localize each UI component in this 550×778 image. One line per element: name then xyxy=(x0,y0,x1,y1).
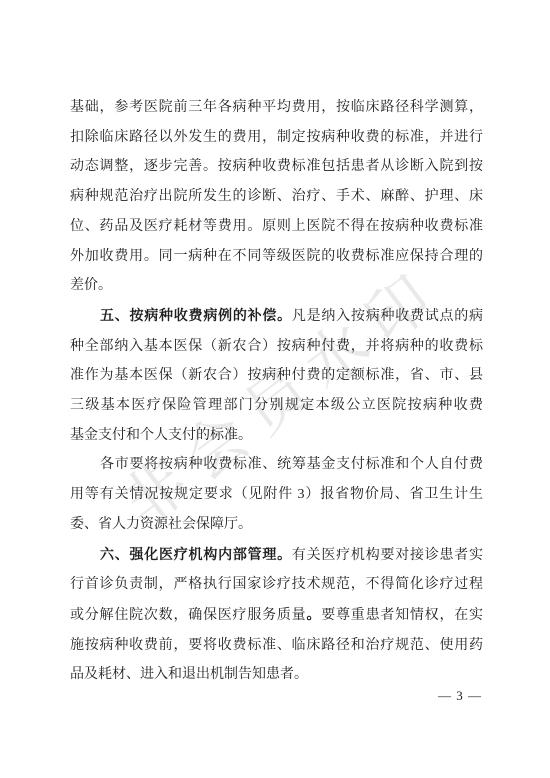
document-line: 品及耗材、进入和退出机制告知患者。 xyxy=(70,660,483,690)
text-segment: 基金支付和个人支付的标准。 xyxy=(70,428,252,443)
text-segment: 各市要将按病种收费标准、统筹基金支付标准和个人自付费 xyxy=(100,457,483,472)
document-line: 三级基本医疗保险管理部门分别规定本级公立医院按病种收费 xyxy=(70,391,483,421)
text-segment: 行首诊负责制，严格执行国家诊疗技术规范，不得简化诊疗过程 xyxy=(70,577,483,592)
text-segment: 用等有关情况按规定要求（见附件 3）报省物价局、省卫生计生 xyxy=(70,487,483,502)
document-line: 动态调整，逐步完善。按病种收费标准包括患者从诊断入院到按 xyxy=(70,152,483,182)
document-line: 位、药品及医疗耗材等费用。原则上医院不得在按病种收费标准 xyxy=(70,212,483,242)
text-segment: 种全部纳入基本医保（新农合）按病种付费，并将病种的收费标 xyxy=(70,339,483,354)
section-heading: 五、按病种收费病例的补偿。 xyxy=(100,307,292,323)
text-segment: 基础，参考医院前三年各病种平均费用，按临床路径科学测算， xyxy=(70,100,483,115)
document-line: 用等有关情况按规定要求（见附件 3）报省物价局、省卫生计生 xyxy=(70,480,483,510)
text-segment: 扣除临床路径以外发生的费用，制定按病种收费的标准，并进行 xyxy=(70,130,483,145)
document-line: 种全部纳入基本医保（新农合）按病种付费，并将病种的收费标 xyxy=(70,332,483,362)
document-line: 五、按病种收费病例的补偿。凡是纳入按病种收费试点的病 xyxy=(70,301,483,332)
text-segment: 要尊重患者知情权，在实 xyxy=(321,608,483,623)
document-line: 行首诊负责制，严格执行国家诊疗技术规范，不得简化诊疗过程 xyxy=(70,570,483,600)
text-segment: 品及耗材、进入和退出机制告知患者。 xyxy=(70,667,308,682)
document-line: 准作为基本医保（新农合）按病种付费的定额标准，省、市、县 xyxy=(70,361,483,391)
text-segment: 凡是纳入按病种收费试点的病 xyxy=(292,309,483,324)
section-heading: 六、强化医疗机构内部管理。 xyxy=(100,546,292,562)
document-body: 基础，参考医院前三年各病种平均费用，按临床路径科学测算，扣除临床路径以外发生的费… xyxy=(70,93,483,690)
text-segment: 动态调整，逐步完善。按病种收费标准包括患者从诊断入院到按 xyxy=(70,159,483,174)
text-segment: 位、药品及医疗耗材等费用。原则上医院不得在按病种收费标准 xyxy=(70,219,483,234)
document-line: 外加收费用。同一病种在不同等级医院的收费标准应保持合理的 xyxy=(70,242,483,272)
page-number: — 3 — xyxy=(438,688,482,704)
text-segment: 三级基本医疗保险管理部门分别规定本级公立医院按病种收费 xyxy=(70,398,483,413)
document-line: 各市要将按病种收费标准、统筹基金支付标准和个人自付费 xyxy=(70,450,483,480)
text-segment: 准作为基本医保（新农合）按病种付费的定额标准，省、市、县 xyxy=(70,368,483,383)
text-segment: 或分解住院次数，确保医疗服务质量 xyxy=(70,608,306,623)
document-line: 六、强化医疗机构内部管理。有关医疗机构要对接诊患者实 xyxy=(70,540,483,571)
document-line: 或分解住院次数，确保医疗服务质量。要尊重患者知情权，在实 xyxy=(70,600,483,631)
text-segment: 差价。 xyxy=(70,278,112,293)
text-segment: 施按病种收费前，要将收费标准、临床路径和治疗规范、使用药 xyxy=(70,638,483,653)
document-page: 非会员水印 基础，参考医院前三年各病种平均费用，按临床路径科学测算，扣除临床路径… xyxy=(0,0,550,778)
text-segment: 有关医疗机构要对接诊患者实 xyxy=(292,548,483,563)
section-heading: 。 xyxy=(306,606,321,622)
document-line: 基金支付和个人支付的标准。 xyxy=(70,421,483,451)
document-line: 委、省人力资源社会保障厅。 xyxy=(70,510,483,540)
text-segment: 外加收费用。同一病种在不同等级医院的收费标准应保持合理的 xyxy=(70,249,483,264)
document-line: 扣除临床路径以外发生的费用，制定按病种收费的标准，并进行 xyxy=(70,123,483,153)
document-line: 病种规范治疗出院所发生的诊断、治疗、手术、麻醉、护理、床 xyxy=(70,182,483,212)
document-line: 基础，参考医院前三年各病种平均费用，按临床路径科学测算， xyxy=(70,93,483,123)
document-line: 施按病种收费前，要将收费标准、临床路径和治疗规范、使用药 xyxy=(70,631,483,661)
document-line: 差价。 xyxy=(70,271,483,301)
text-segment: 病种规范治疗出院所发生的诊断、治疗、手术、麻醉、护理、床 xyxy=(70,189,483,204)
text-segment: 委、省人力资源社会保障厅。 xyxy=(70,517,252,532)
